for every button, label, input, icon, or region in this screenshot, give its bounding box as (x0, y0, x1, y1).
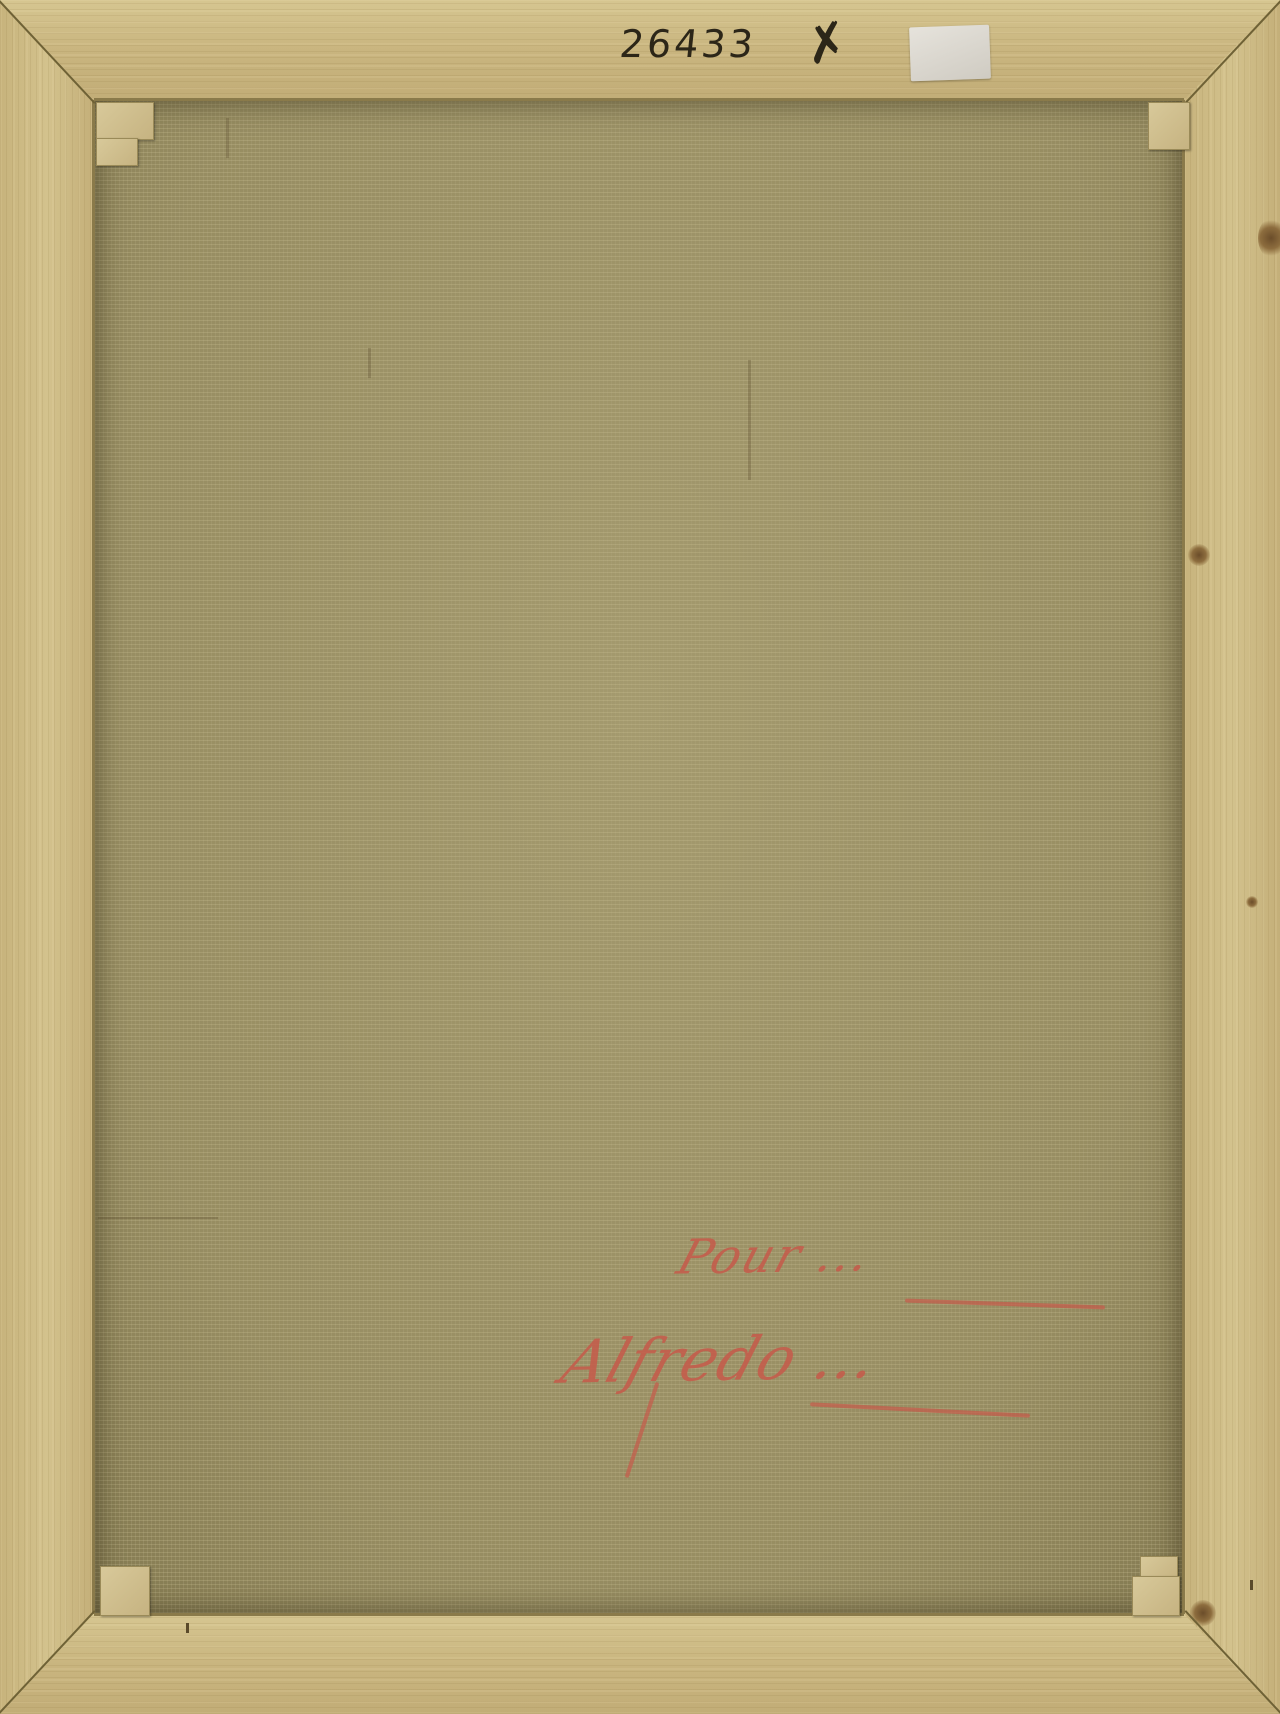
canvas-back-photo: 26433 ✗ Pour ... Alfredo ... (0, 0, 1280, 1714)
corner-key-top-left (96, 102, 154, 140)
wood-knot (1246, 896, 1258, 908)
canvas-mark (226, 118, 229, 158)
corner-key-bottom-right-wedge (1132, 1576, 1180, 1616)
stretcher-bar-bottom (0, 1614, 1280, 1714)
inscription-line-1: Pour ... (671, 1226, 879, 1285)
inventory-number: 26433 (618, 22, 759, 66)
bar-inner-edge (94, 1613, 1184, 1616)
nail (186, 1623, 189, 1633)
bar-inner-edge (94, 98, 1184, 101)
corner-key-bottom-left (100, 1566, 150, 1616)
bar-inner-edge (92, 100, 95, 1614)
paper-label-sticker (909, 25, 991, 82)
wood-knot (1188, 544, 1210, 566)
stretcher-bar-right (1184, 0, 1280, 1714)
signature: Alfredo ... (553, 1322, 887, 1397)
corner-key-top-left-wedge (96, 138, 138, 166)
canvas-mark (98, 1217, 218, 1219)
corner-key-top-right (1148, 102, 1190, 150)
canvas-mark (368, 348, 371, 378)
bar-inner-edge (1182, 100, 1185, 1614)
canvas-mark (748, 360, 751, 480)
wood-knot (1258, 218, 1280, 258)
nail (1250, 1580, 1253, 1590)
stretcher-bar-left (0, 0, 94, 1714)
